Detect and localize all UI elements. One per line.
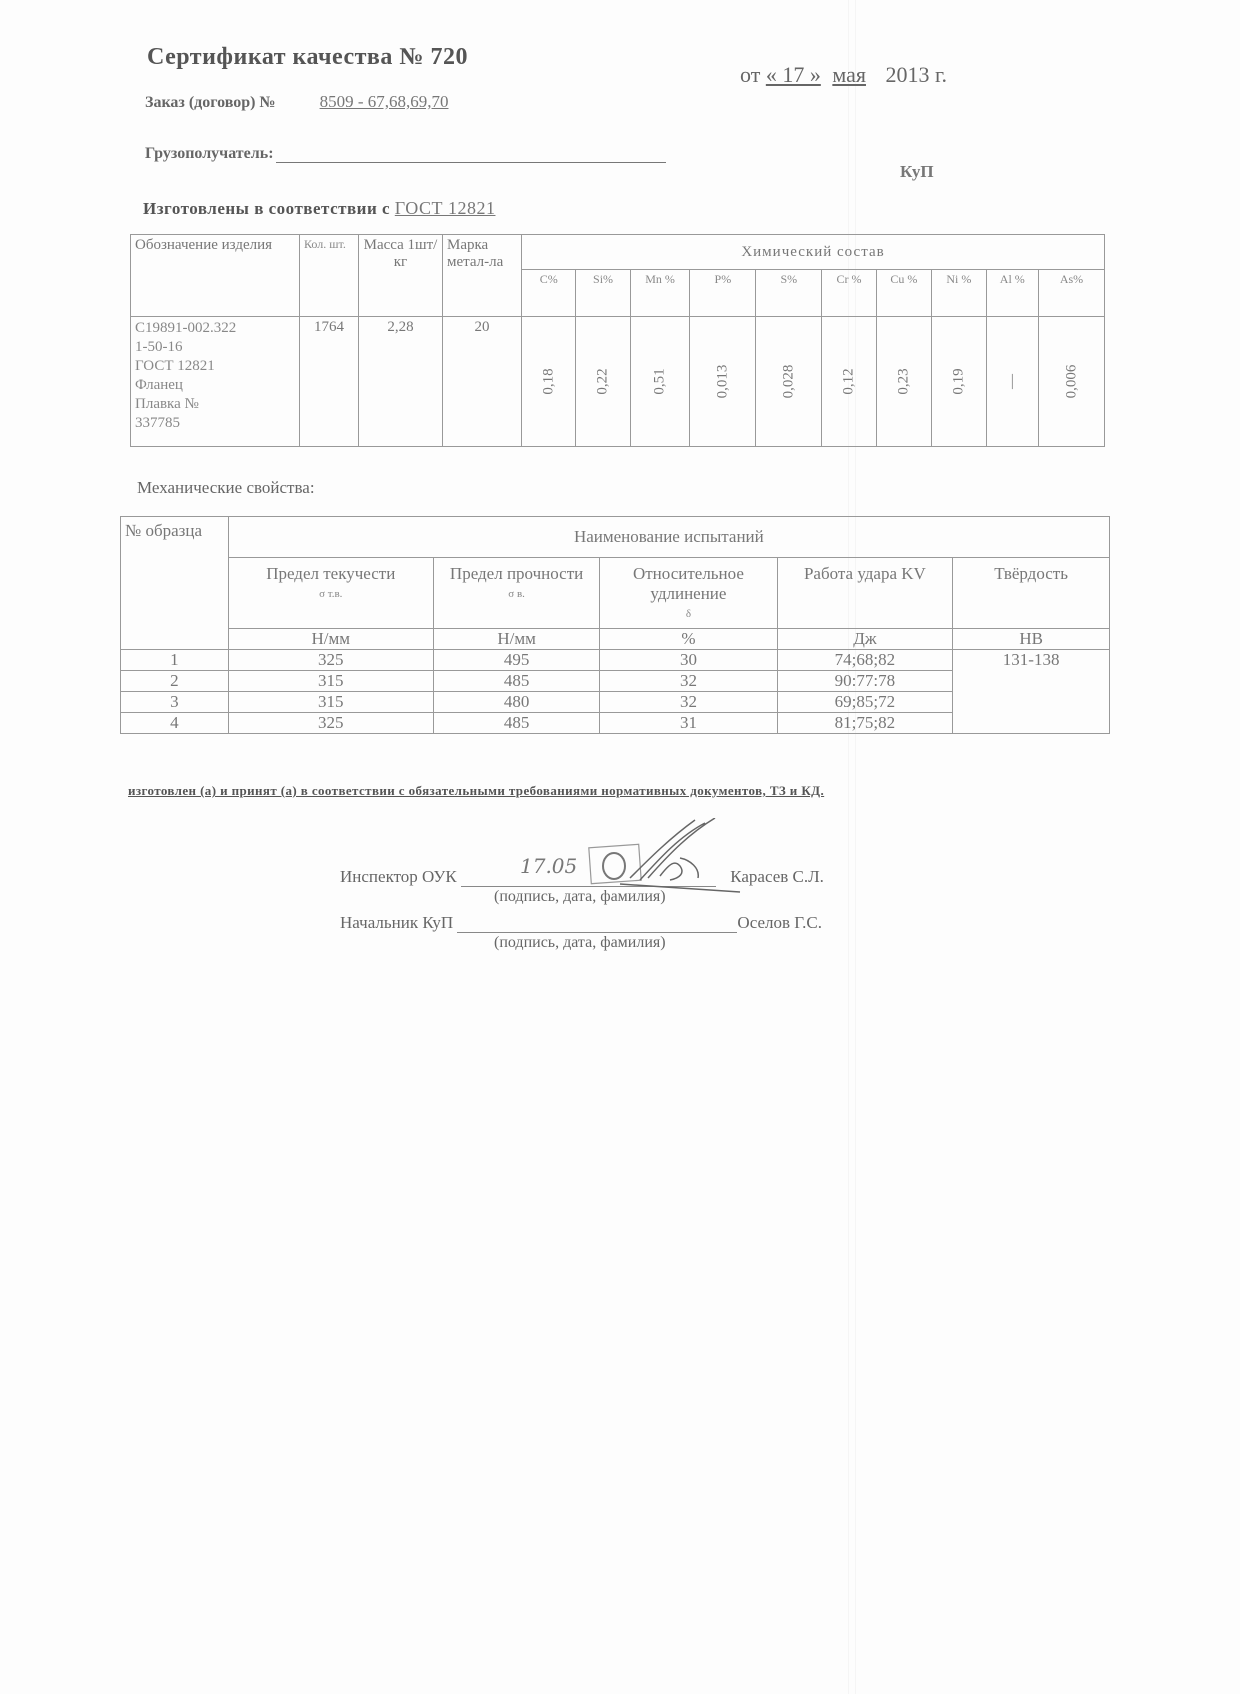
cell-tensile: 485 <box>433 671 599 692</box>
cell-tensile: 480 <box>433 692 599 713</box>
column-name: Относительное удлинение <box>604 564 772 604</box>
header-qty: Кол. шт. <box>300 235 359 317</box>
consignee-dept: КуП <box>900 162 934 182</box>
element-value: 0,19 <box>950 368 967 394</box>
cell-kv: 74;68;82 <box>777 650 953 671</box>
designation-line: С19891-002.322 <box>135 319 295 338</box>
chief-caption: (подпись, дата, фамилия) <box>494 934 666 952</box>
chemical-composition-table: Обозначение изделия Кол. шт. Масса 1шт/к… <box>130 234 1105 447</box>
element-value: 0,12 <box>840 368 857 394</box>
column-name: Работа удара KV <box>782 564 949 584</box>
handwritten-date: 17.05 <box>520 854 577 878</box>
column-unit: Н/мм <box>228 629 433 650</box>
cell-kv: 69;85;72 <box>777 692 953 713</box>
element-header: Mn % <box>630 270 690 317</box>
header-composition: Химический состав <box>522 235 1105 270</box>
cell-elong: 31 <box>600 713 777 734</box>
consignee: Грузополучатель: <box>145 144 666 163</box>
element-value-cell: 0,006 <box>1039 317 1105 447</box>
made-according-to: Изготовлены в соответствии с ГОСТ 12821 <box>143 198 495 219</box>
element-value: — <box>1004 374 1021 389</box>
cell-yield: 325 <box>228 713 433 734</box>
handwritten-signature-icon: 17.05 <box>520 818 760 928</box>
designation-line: Плавка № <box>135 395 295 414</box>
element-header: Cr % <box>822 270 876 317</box>
column-unit: Дж <box>777 629 953 650</box>
header-grade: Марка метал-ла <box>443 235 522 317</box>
column-symbol: σ т.в. <box>233 584 429 604</box>
column-header: Предел текучестиσ т.в. <box>228 558 433 629</box>
column-unit: % <box>600 629 777 650</box>
column-name: Предел прочности <box>438 564 595 584</box>
header-sample: № образца <box>121 517 229 650</box>
element-value: 0,51 <box>652 368 669 394</box>
cell-yield: 315 <box>228 671 433 692</box>
date-year: 2013 г. <box>885 62 947 87</box>
cell-elong: 32 <box>600 692 777 713</box>
element-header: Al % <box>986 270 1038 317</box>
date-day: « 17 » <box>766 62 821 87</box>
order-label: Заказ (договор) № <box>145 94 276 111</box>
element-value-cell: 0,12 <box>822 317 876 447</box>
cell-elong: 32 <box>600 671 777 692</box>
column-name: Твёрдость <box>957 564 1105 584</box>
cell-n: 2 <box>121 671 229 692</box>
element-header: As% <box>1039 270 1105 317</box>
element-value: 0,22 <box>595 368 612 394</box>
consignee-line <box>276 144 666 163</box>
column-header: Относительное удлинениеδ <box>600 558 777 629</box>
header-tests: Наименование испытаний <box>228 517 1109 558</box>
date-prefix: от <box>740 62 760 87</box>
element-header: P% <box>690 270 756 317</box>
cell-yield: 315 <box>228 692 433 713</box>
chief-label: Начальник КуП <box>340 913 453 932</box>
cell-tensile: 485 <box>433 713 599 734</box>
designation-cell: С19891-002.3221-50-16ГОСТ 12821ФланецПла… <box>131 317 300 447</box>
order-number: Заказ (договор) № 8509 - 67,68,69,70 <box>145 92 449 112</box>
header-mass: Масса 1шт/кг <box>359 235 443 317</box>
cell-kv: 90:77:78 <box>777 671 953 692</box>
designation-line: ГОСТ 12821 <box>135 357 295 376</box>
column-name: Предел текучести <box>233 564 429 584</box>
element-value-cell: — <box>986 317 1038 447</box>
column-symbol: σ в. <box>438 584 595 604</box>
element-header: Si% <box>576 270 630 317</box>
column-header: Твёрдость <box>953 558 1110 629</box>
element-value-cell: 0,51 <box>630 317 690 447</box>
element-header: Ni % <box>932 270 986 317</box>
compliance-statement: изготовлен (а) и принят (а) в соответств… <box>128 783 824 799</box>
cell-tensile: 495 <box>433 650 599 671</box>
table-row: С19891-002.3221-50-16ГОСТ 12821ФланецПла… <box>131 317 1105 447</box>
column-unit: Н/мм <box>433 629 599 650</box>
cell-kv: 81;75;82 <box>777 713 953 734</box>
element-value-cell: 0,22 <box>576 317 630 447</box>
element-value-cell: 0,19 <box>932 317 986 447</box>
column-header: Предел прочностиσ в. <box>433 558 599 629</box>
header-designation: Обозначение изделия <box>131 235 300 317</box>
standard-value: ГОСТ 12821 <box>395 198 496 218</box>
element-value: 0,006 <box>1063 365 1080 399</box>
element-value: 0,013 <box>714 365 731 399</box>
element-value-cell: 0,013 <box>690 317 756 447</box>
units-row: Н/ммН/мм%ДжНВ <box>121 629 1110 650</box>
cell-n: 1 <box>121 650 229 671</box>
grade-cell: 20 <box>443 317 522 447</box>
element-value: 0,23 <box>895 368 912 394</box>
qty-cell: 1764 <box>300 317 359 447</box>
inspector-label: Инспектор ОУК <box>340 867 457 886</box>
element-value-cell: 0,23 <box>876 317 932 447</box>
column-header: Работа удара KV <box>777 558 953 629</box>
mechanical-properties-label: Механические свойства: <box>137 478 315 498</box>
cell-elong: 30 <box>600 650 777 671</box>
element-header: S% <box>756 270 822 317</box>
certificate-title: Сертификат качества № 720 <box>147 44 468 71</box>
column-names-row: Предел текучестиσ т.в.Предел прочностиσ … <box>121 558 1110 629</box>
cell-n: 4 <box>121 713 229 734</box>
designation-line: 1-50-16 <box>135 338 295 357</box>
date-month: мая <box>826 62 880 87</box>
element-value-cell: 0,028 <box>756 317 822 447</box>
element-value: 0,028 <box>780 365 797 399</box>
cell-yield: 325 <box>228 650 433 671</box>
hardness-value: 131-138 <box>953 650 1110 734</box>
element-value: 0,18 <box>540 368 557 394</box>
designation-line: Фланец <box>135 376 295 395</box>
element-header: C% <box>522 270 576 317</box>
column-symbol: δ <box>604 604 772 624</box>
consignee-label: Грузополучатель: <box>145 145 274 162</box>
order-value: 8509 - 67,68,69,70 <box>320 92 449 111</box>
designation-line: 337785 <box>135 414 295 433</box>
mass-cell: 2,28 <box>359 317 443 447</box>
mechanical-properties-table: № образца Наименование испытаний Предел … <box>120 516 1110 734</box>
element-value-cell: 0,18 <box>522 317 576 447</box>
certificate-date: от « 17 » мая 2013 г. <box>740 62 947 88</box>
column-unit: НВ <box>953 629 1110 650</box>
made-label: Изготовлены в соответствии с <box>143 199 390 218</box>
element-header: Cu % <box>876 270 932 317</box>
cell-n: 3 <box>121 692 229 713</box>
table-row: 13254953074;68;82131-138 <box>121 650 1110 671</box>
